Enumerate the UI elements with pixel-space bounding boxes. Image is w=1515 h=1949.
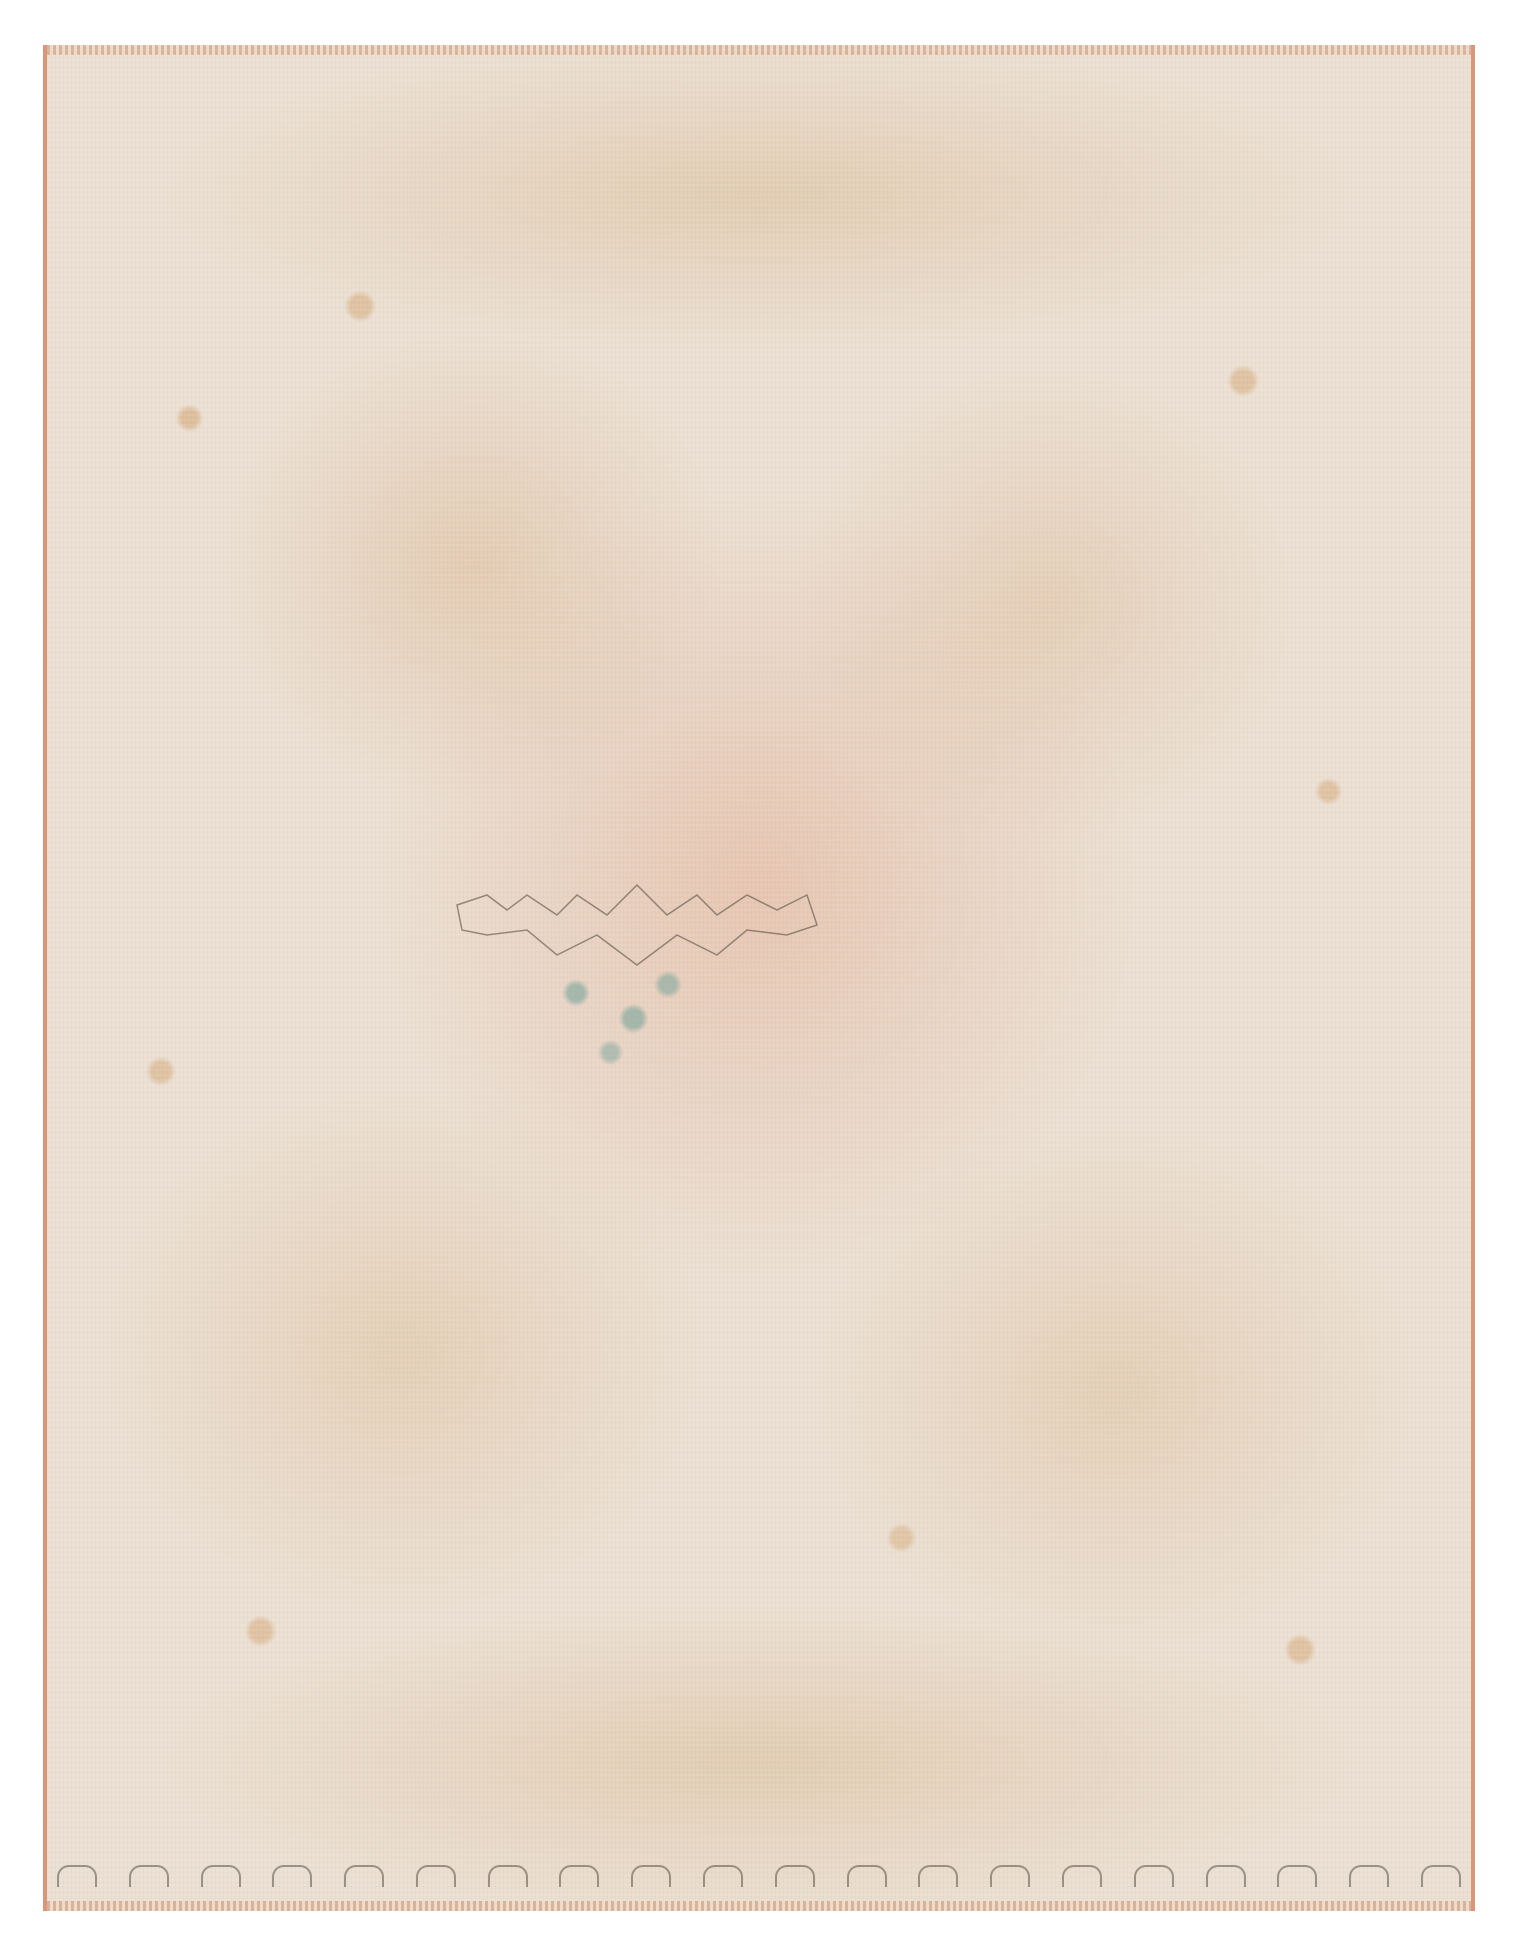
teal-medallion-accents [507, 925, 737, 1095]
rug-weave-texture [47, 45, 1471, 1911]
rug [43, 45, 1475, 1911]
bottom-border-loops [57, 1863, 1461, 1889]
rug-bottom-edge [47, 1901, 1471, 1911]
